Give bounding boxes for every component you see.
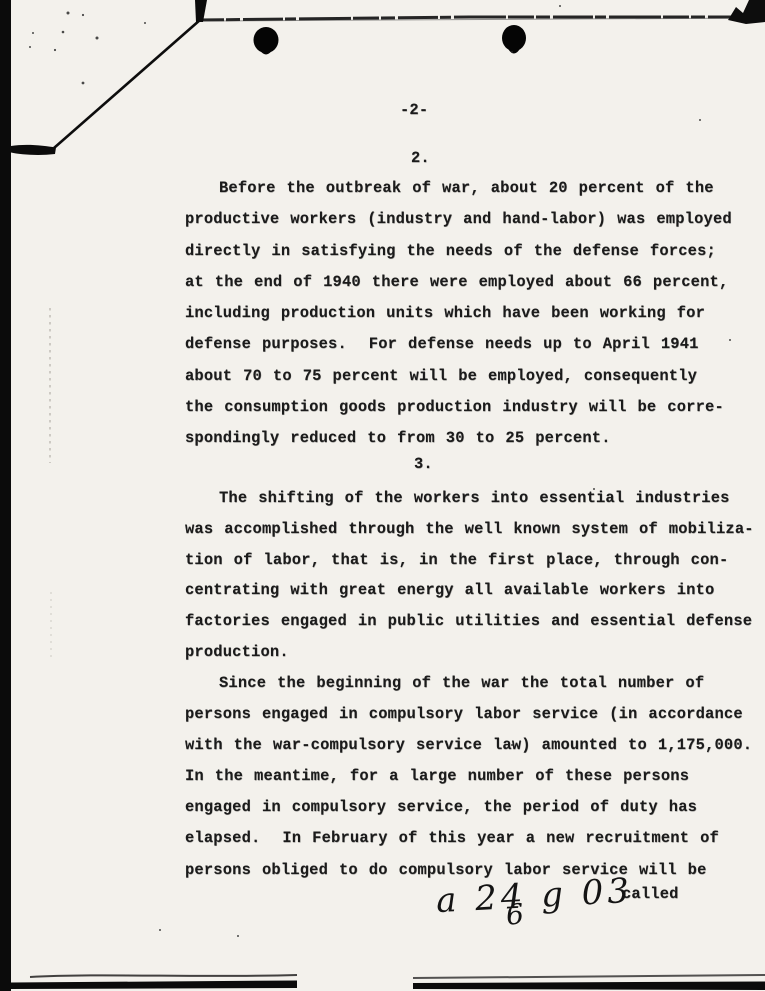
top-right-corner-blob [728,0,765,24]
text-line: about 70 to 75 percent will be employed,… [185,361,755,392]
text-line: Before the outbreak of war, about 20 per… [185,173,755,204]
text-line: defense purposes. For defense needs up t… [185,329,755,360]
text-line: at the end of 1940 there were employed a… [185,267,755,298]
bottom-edge-bar-right [413,982,765,991]
text-line: In the meantime, for a large number of t… [185,761,755,792]
punch-hole-left [254,27,279,53]
text-line: factories engaged in public utilities an… [185,606,755,637]
left-edge-bar [0,0,11,991]
punch-hole-right [502,25,526,51]
punch-hole-left-tail [259,49,273,55]
text-line: The shifting of the workers into essenti… [185,483,755,514]
scanned-document-page: -2- 2. Before the outbreak of war, about… [0,0,765,991]
text-line: directly in satisfying the needs of the … [185,236,755,267]
punch-hole-right-tail [507,47,521,54]
top-edge-line [198,17,765,20]
text-line: spondingly reduced to from 30 to 25 perc… [185,423,755,454]
text-line: engaged in compulsory service, the perio… [185,792,755,823]
paragraph-section-2: Before the outbreak of war, about 20 per… [185,173,755,455]
text-line: productive workers (industry and hand-la… [185,204,755,235]
text-line: was accomplished through the well known … [185,514,755,545]
diagonal-fold-line [54,20,200,148]
bottom-scratch-line-right [413,975,765,978]
section-heading-2: 2. [411,149,430,167]
text-line: elapsed. In February of this year a new … [185,823,755,854]
bottom-edge-bar-left [11,981,297,990]
text-line: Since the beginning of the war the total… [185,668,755,699]
section-heading-3: 3. [414,455,433,473]
paragraph-section-3b: Since the beginning of the war the total… [185,668,755,886]
text-line: tion of labor, that is, in the first pla… [185,545,755,576]
text-line: persons engaged in compulsory labor serv… [185,699,755,730]
text-line: including production units which have be… [185,298,755,329]
top-edge-line-shadow [198,18,765,21]
text-line: the consumption goods production industr… [185,392,755,423]
text-line: centrating with great energy all availab… [185,575,755,606]
text-line: with the war-compulsory service law) amo… [185,730,755,761]
text-line: production. [185,637,755,668]
bottom-scratch-line-left [30,975,297,977]
page-number: -2- [400,101,428,119]
fold-top-smudge [195,0,207,22]
paragraph-section-3a: The shifting of the workers into essenti… [185,483,755,668]
fold-end-smear [11,145,56,155]
handwritten-annotation-digit: 6 [504,897,525,932]
